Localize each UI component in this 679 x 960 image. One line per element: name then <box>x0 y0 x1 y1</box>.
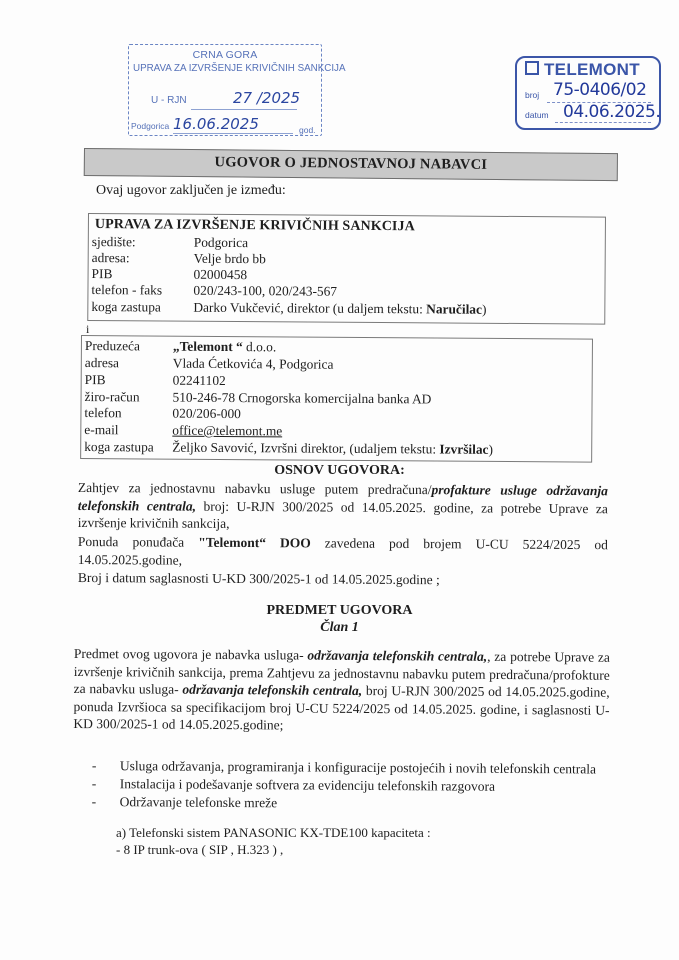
emphasis: održavanja telefonskih centrala, <box>182 682 362 698</box>
row-key: telefon <box>84 405 172 422</box>
stamp-date-line <box>173 133 293 134</box>
stamp-place-label: Podgorica <box>131 121 169 131</box>
party2-row: telefon020/206-000 <box>84 405 241 422</box>
row-value: 02000458 <box>194 267 248 282</box>
row-value: Podgorica <box>194 235 248 250</box>
row-tail: ) <box>482 302 487 317</box>
row-value: d.o.o. <box>243 339 277 354</box>
osnov-paragraph-2: Ponuda ponuđača "Telemont“ DOO zavedena … <box>78 533 608 571</box>
square-logo-icon <box>525 61 539 75</box>
row-value: 510-246-78 Crnogorska komercijalna banka… <box>173 390 432 407</box>
predmet-paragraph: Predmet ovog ugovora je nabavka usluga- … <box>73 645 610 736</box>
row-key: sjedište: <box>92 234 194 251</box>
stamp-number-value: 27 /2025 <box>233 89 300 107</box>
row-key: PIB <box>85 372 173 389</box>
document-title-bar: UGOVOR O JEDNOSTAVNOJ NABAVCI <box>84 148 618 181</box>
row-key: adresa: <box>92 250 194 267</box>
row-value: 020/243-100, 020/243-567 <box>193 283 337 299</box>
emphasis: održavanja telefonskih centrala, <box>307 648 487 664</box>
party1-row: telefon - faks020/243-100, 020/243-567 <box>91 282 337 300</box>
article-heading: Član 1 <box>0 620 679 636</box>
list-item: Održavanje telefonske mreže <box>92 793 596 815</box>
broj-value: 75-0406/02 <box>553 80 646 100</box>
row-key: koga zastupa <box>84 439 172 456</box>
row-key: Preduzeća <box>85 338 173 355</box>
party2-row: Preduzeća„Telemont “ d.o.o. <box>85 338 276 355</box>
party-contracting-authority: UPRAVA ZA IZVRŠENJE KRIVIČNIH SANKCIJA s… <box>87 213 606 325</box>
party2-row: e-mailoffice@telemont.me <box>84 422 282 439</box>
row-key: telefon - faks <box>91 282 193 299</box>
stamp-date-value: 16.06.2025 <box>173 115 259 133</box>
row-tail: ) <box>488 442 493 457</box>
row-value: 020/206-000 <box>172 406 241 421</box>
osnov-paragraph-3: Broj i datum saglasnosti U-KD 300/2025-1… <box>78 569 608 590</box>
row-value: 02241102 <box>173 373 226 388</box>
stamp-number-label: U - RJN <box>151 95 187 106</box>
text: Predmet ovog ugovora je nabavka usluga- <box>74 646 308 663</box>
row-value: Željko Savović, Izvršni direktor, (udalj… <box>172 440 439 457</box>
party2-row: PIB02241102 <box>85 372 226 389</box>
party2-row: adresaVlada Ćetkovića 4, Podgorica <box>85 355 334 373</box>
spec-system: a) Telefonski sistem PANASONIC KX-TDE100… <box>116 825 431 841</box>
stamp-year-suffix: god. <box>299 125 316 135</box>
row-key: PIB <box>92 266 194 283</box>
datum-label: datum <box>525 110 549 120</box>
row-key: žiro-račun <box>85 389 173 406</box>
text: Zahtjev za jednostavnu nabavku usluge pu… <box>78 480 432 497</box>
broj-label: broj <box>525 90 539 100</box>
party1-row: sjedište:Podgorica <box>92 234 248 251</box>
document-title: UGOVOR O JEDNOSTAVNOJ NABAVCI <box>85 153 617 175</box>
role-label: Naručilac <box>426 301 482 316</box>
row-key: e-mail <box>84 422 172 439</box>
received-stamp: CRNA GORA UPRAVA ZA IZVRŠENJE KRIVIČNIH … <box>128 44 322 136</box>
party2-row: koga zastupaŽeljko Savović, Izvršni dire… <box>84 439 493 458</box>
row-key: koga zastupa <box>91 299 193 316</box>
emphasis: "Telemont“ DOO <box>198 535 311 551</box>
text: Ponuda ponuđača <box>78 534 198 550</box>
stamp-institution: UPRAVA ZA IZVRŠENJE KRIVIČNIH SANKCIJA <box>133 63 321 74</box>
row-value: Darko Vukčević, direktor (u daljem tekst… <box>193 300 426 317</box>
telemont-brand: TELEMONT <box>525 60 640 80</box>
telemont-brand-text: TELEMONT <box>544 60 640 79</box>
datum-line <box>555 122 651 123</box>
row-key: adresa <box>85 355 173 372</box>
party1-row: adresa:Velje brdo bb <box>92 250 266 267</box>
intro-text: Ovaj ugovor zaključen je između: <box>96 183 286 199</box>
row-value: Vlada Ćetkovića 4, Podgorica <box>173 356 334 372</box>
party1-row: PIB02000458 <box>92 266 248 283</box>
party-contractor: Preduzeća„Telemont “ d.o.o. adresaVlada … <box>80 335 593 463</box>
stamp-country: CRNA GORA <box>129 49 321 61</box>
telemont-stamp: TELEMONT broj 75-0406/02 datum 04.06.202… <box>515 56 661 130</box>
party1-name: UPRAVA ZA IZVRŠENJE KRIVIČNIH SANKCIJA <box>95 217 415 235</box>
party1-row: koga zastupaDarko Vukčević, direktor (u … <box>91 299 486 318</box>
osnov-heading: OSNOV UGOVORA: <box>0 463 679 479</box>
role-label: Izvršilac <box>439 442 488 457</box>
company-name: „Telemont “ <box>173 339 243 354</box>
datum-value: 04.06.2025. <box>563 102 660 122</box>
osnov-paragraph-1: Zahtjev za jednostavnu nabavku usluge pu… <box>78 479 608 535</box>
stamp-number-line <box>191 109 297 110</box>
email-link[interactable]: office@telemont.me <box>172 423 282 439</box>
spec-trunks: - 8 IP trunk-ova ( SIP , H.323 ) , <box>116 842 283 858</box>
predmet-heading: PREDMET UGOVORA <box>0 603 679 619</box>
service-list: Usluga održavanja, programiranja i konfi… <box>92 757 596 815</box>
row-value: Velje brdo bb <box>194 251 266 267</box>
